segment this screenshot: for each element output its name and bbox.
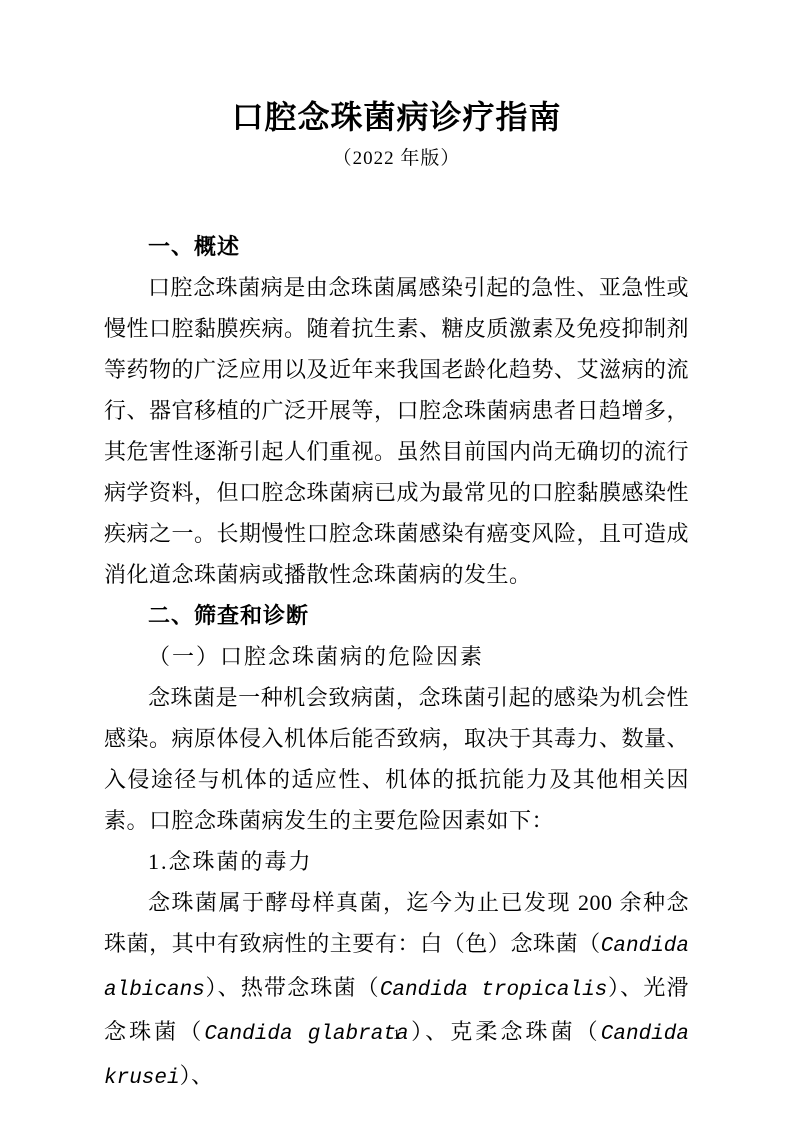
text-segment: ）、热带念珠菌（ [205, 975, 380, 1000]
paragraph-risk-factors: 念珠菌是一种机会致病菌，念珠菌引起的感染为机会性感染。病原体侵入机体后能否致病，… [104, 677, 689, 841]
document-page: 口腔念珠菌病诊疗指南 （2022 年版） 一、概述 口腔念珠菌病是由念珠菌属感染… [0, 0, 793, 1122]
page-subtitle: （2022 年版） [104, 144, 689, 174]
section-heading-overview: 一、概述 [104, 226, 689, 267]
subsection-heading-risk-factors: （一）口腔念珠菌病的危险因素 [104, 636, 689, 677]
paragraph-overview: 口腔念珠菌病是由念珠菌属感染引起的急性、亚急性或慢性口腔黏膜疾病。随着抗生素、糖… [104, 267, 689, 595]
document-body: 一、概述 口腔念珠菌病是由念珠菌属感染引起的急性、亚急性或慢性口腔黏膜疾病。随着… [104, 226, 689, 1099]
text-segment: ）、 [180, 1063, 214, 1088]
species-name-candida-tropicalis: Candida tropicalis [380, 979, 608, 1002]
page-title: 口腔念珠菌病诊疗指南 [104, 96, 689, 138]
subsection-heading-virulence: 1.念珠菌的毒力 [104, 841, 689, 882]
paragraph-candida-species: 念珠菌属于酵母样真菌，迄今为止已发现 200 余种念珠菌，其中有致病性的主要有：… [104, 882, 689, 1099]
section-heading-screening-diagnosis: 二、筛查和诊断 [104, 595, 689, 636]
page-number: 1 [0, 1024, 793, 1046]
